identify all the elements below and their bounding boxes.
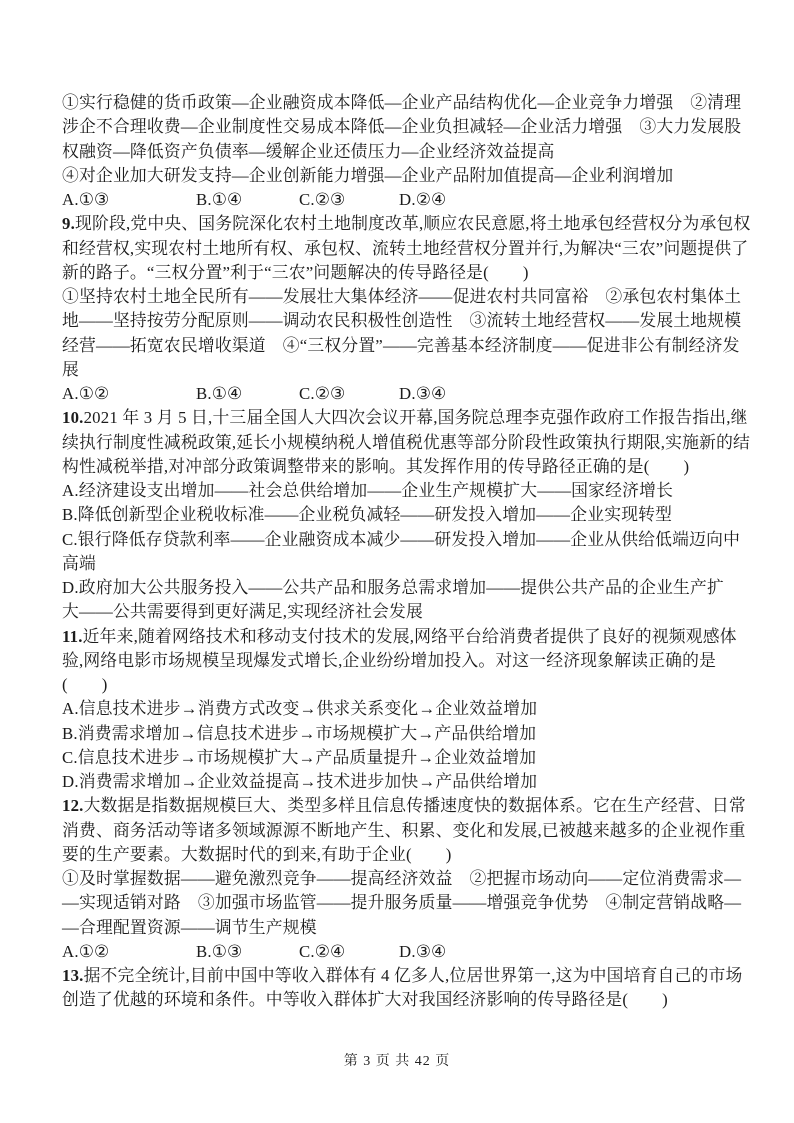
line-text: 近年来,随着网络技术和移动支付技术的发展,网络平台给消费者提供了良好的视频观感体 — [83, 627, 737, 646]
text-line: D.政府加大公共服务投入——公共产品和服务总需求增加——提供公共产品的企业生产扩 — [62, 576, 738, 600]
option-A: A.①② — [62, 940, 196, 964]
line-text: 和经营权,实现农村土地所有权、承包权、流转土地经营权分置并行,为解决“三农”问题… — [62, 239, 748, 258]
text-line: 构性减税举措,对冲部分政策调整带来的影响。其发挥作用的传导路径正确的是( ) — [62, 455, 738, 479]
line-text: 新的路子。“三权分置”利于“三农”问题解决的传导路径是( ) — [62, 263, 529, 282]
line-text: ①坚持农村土地全民所有——发展壮大集体经济——促进农村共同富裕 ②承包农村集体土 — [62, 287, 741, 306]
text-line: 展 — [62, 358, 738, 382]
text-line: 验,网络电影市场规模呈现爆发式增长,企业纷纷增加投入。对这一经济现象解读正确的是 — [62, 649, 738, 673]
text-line: C.银行降低存贷款利率——企业融资成本减少——研发投入增加——企业从供给低端迈向… — [62, 528, 738, 552]
line-text: D.政府加大公共服务投入——公共产品和服务总需求增加——提供公共产品的企业生产扩 — [62, 578, 724, 597]
question-number: 13. — [62, 966, 84, 985]
answer-options-row: A.①②B.①③C.②④D.③④ — [62, 940, 738, 964]
option-D: D.③④ — [399, 940, 446, 964]
option-C: C.②③ — [299, 188, 399, 212]
page-number-label: 第 3 页 共 42 页 — [344, 1054, 451, 1069]
answer-options-row: A.①③B.①④C.②③D.②④ — [62, 188, 738, 212]
text-line: 大——公共需要得到更好满足,实现经济社会发展 — [62, 600, 738, 624]
question-stem-line: 11.近年来,随着网络技术和移动支付技术的发展,网络平台给消费者提供了良好的视频… — [62, 625, 738, 649]
question-stem-line: 13.据不完全统计,目前中国中等收入群体有 4 亿多人,位居世界第一,这为中国培… — [62, 964, 738, 988]
option-B: B.①③ — [196, 940, 299, 964]
option-A: A.①③ — [62, 188, 196, 212]
text-line: ( ) — [62, 673, 738, 697]
line-text: 2021 年 3 月 5 日,十三届全国人大四次会议开幕,国务院总理李克强作政府… — [84, 408, 748, 427]
question-stem-line: 9.现阶段,党中央、国务院深化农村土地制度改革,顺应农民意愿,将土地承包经营权分… — [62, 212, 738, 236]
line-text: 现阶段,党中央、国务院深化农村土地制度改革,顺应农民意愿,将土地承包经营权分为承… — [75, 214, 750, 233]
line-text: B.消费需求增加→信息技术进步→市场规模扩大→产品供给增加 — [62, 724, 536, 743]
text-line: 消费、商务活动等诸多领域源源不断地产生、积累、变化和发展,已被越来越多的企业视作… — [62, 819, 738, 843]
text-line: B.消费需求增加→信息技术进步→市场规模扩大→产品供给增加 — [62, 722, 738, 746]
answer-options-row: A.①②B.①④C.②③D.③④ — [62, 382, 738, 406]
document-body: ①实行稳健的货币政策—企业融资成本降低—企业产品结构优化—企业竞争力增强 ②清理… — [62, 91, 738, 1013]
question-number: 9. — [62, 214, 75, 233]
line-text: —合理配置资源——调节生产规模 — [62, 918, 317, 937]
text-line: B.降低创新型企业税收标准——企业税负减轻——研发投入增加——企业实现转型 — [62, 503, 738, 527]
line-text: 续执行制度性减税政策,延长小规模纳税人增值税优惠等部分阶段性政策执行期限,实施新… — [62, 433, 750, 452]
line-text: 展 — [62, 360, 79, 379]
option-D: D.③④ — [399, 382, 446, 406]
line-text: 构性减税举措,对冲部分政策调整带来的影响。其发挥作用的传导路径正确的是( ) — [62, 457, 689, 476]
line-text: C.信息技术进步→市场规模扩大→产品质量提升→企业效益增加 — [62, 748, 536, 767]
line-text: ①及时掌握数据——避免激烈竞争——提高经济效益 ②把握市场动向——定位消费需求— — [62, 869, 741, 888]
text-line: 权融资—降低资产负债率—缓解企业还债压力—企业经济效益提高 — [62, 140, 738, 164]
option-D: D.②④ — [399, 188, 446, 212]
line-text: ①实行稳健的货币政策—企业融资成本降低—企业产品结构优化—企业竞争力增强 ②清理 — [62, 93, 741, 112]
line-text: D.消费需求增加→企业效益提高→技术进步加快→产品供给增加 — [62, 772, 537, 791]
exam-page: ①实行稳健的货币政策—企业融资成本降低—企业产品结构优化—企业竞争力增强 ②清理… — [0, 0, 794, 1123]
text-line: ①坚持农村土地全民所有——发展壮大集体经济——促进农村共同富裕 ②承包农村集体土 — [62, 285, 738, 309]
page-footer: 第 3 页 共 42 页 — [0, 1053, 794, 1071]
line-text: A.信息技术进步→消费方式改变→供求关系变化→企业效益增加 — [62, 699, 537, 718]
line-text: 权融资—降低资产负债率—缓解企业还债压力—企业经济效益提高 — [62, 142, 554, 161]
text-line: —合理配置资源——调节生产规模 — [62, 916, 738, 940]
question-number: 10. — [62, 408, 84, 427]
line-text: 大数据是指数据规模巨大、类型多样且信息传播速度快的数据体系。它在生产经营、日常 — [84, 796, 746, 815]
question-stem-line: 10.2021 年 3 月 5 日,十三届全国人大四次会议开幕,国务院总理李克强… — [62, 406, 738, 430]
text-line: A.信息技术进步→消费方式改变→供求关系变化→企业效益增加 — [62, 697, 738, 721]
line-text: 据不完全统计,目前中国中等收入群体有 4 亿多人,位居世界第一,这为中国培育自己… — [84, 966, 743, 985]
text-line: ①及时掌握数据——避免激烈竞争——提高经济效益 ②把握市场动向——定位消费需求— — [62, 867, 738, 891]
text-line: 高端 — [62, 552, 738, 576]
question-number: 11. — [62, 627, 83, 646]
line-text: ④对企业加大研发支持—企业创新能力增强—企业产品附加值提高—企业利润增加 — [62, 166, 673, 185]
text-line: 创造了优越的环境和条件。中等收入群体扩大对我国经济影响的传导路径是( ) — [62, 988, 738, 1012]
text-line: ①实行稳健的货币政策—企业融资成本降低—企业产品结构优化—企业竞争力增强 ②清理 — [62, 91, 738, 115]
option-C: C.②④ — [299, 940, 399, 964]
line-text: A.经济建设支出增加——社会总供给增加——企业生产规模扩大——国家经济增长 — [62, 481, 673, 500]
line-text: 要的生产要素。大数据时代的到来,有助于企业( ) — [62, 845, 452, 864]
line-text: ( ) — [62, 675, 108, 694]
line-text: B.降低创新型企业税收标准——企业税负减轻——研发投入增加——企业实现转型 — [62, 505, 672, 524]
text-line: 续执行制度性减税政策,延长小规模纳税人增值税优惠等部分阶段性政策执行期限,实施新… — [62, 431, 738, 455]
line-text: C.银行降低存贷款利率——企业融资成本减少——研发投入增加——企业从供给低端迈向… — [62, 530, 740, 549]
question-stem-line: 12.大数据是指数据规模巨大、类型多样且信息传播速度快的数据体系。它在生产经营、… — [62, 794, 738, 818]
question-number: 12. — [62, 796, 84, 815]
text-line: 和经营权,实现农村土地所有权、承包权、流转土地经营权分置并行,为解决“三农”问题… — [62, 237, 738, 261]
line-text: 大——公共需要得到更好满足,实现经济社会发展 — [62, 602, 423, 621]
text-line: —实现适销对路 ③加强市场监管——提升服务质量——增强竞争优势 ④制定营销战略— — [62, 891, 738, 915]
text-line: D.消费需求增加→企业效益提高→技术进步加快→产品供给增加 — [62, 770, 738, 794]
line-text: 地——坚持按劳分配原则——调动农民积极性创造性 ③流转土地经营权——发展土地规模 — [62, 311, 741, 330]
line-text: 涉企不合理收费—企业制度性交易成本降低—企业负担减轻—企业活力增强 ③大力发展股 — [62, 117, 741, 136]
text-line: 要的生产要素。大数据时代的到来,有助于企业( ) — [62, 843, 738, 867]
text-line: C.信息技术进步→市场规模扩大→产品质量提升→企业效益增加 — [62, 746, 738, 770]
option-A: A.①② — [62, 382, 196, 406]
text-line: 涉企不合理收费—企业制度性交易成本降低—企业负担减轻—企业活力增强 ③大力发展股 — [62, 115, 738, 139]
option-C: C.②③ — [299, 382, 399, 406]
line-text: 经营——拓宽农民增收渠道 ④“三权分置”——完善基本经济制度——促进非公有制经济… — [62, 336, 740, 355]
text-line: 经营——拓宽农民增收渠道 ④“三权分置”——完善基本经济制度——促进非公有制经济… — [62, 334, 738, 358]
text-line: 新的路子。“三权分置”利于“三农”问题解决的传导路径是( ) — [62, 261, 738, 285]
line-text: 创造了优越的环境和条件。中等收入群体扩大对我国经济影响的传导路径是( ) — [62, 990, 668, 1009]
text-line: ④对企业加大研发支持—企业创新能力增强—企业产品附加值提高—企业利润增加 — [62, 164, 738, 188]
line-text: 消费、商务活动等诸多领域源源不断地产生、积累、变化和发展,已被越来越多的企业视作… — [62, 821, 746, 840]
option-B: B.①④ — [196, 188, 299, 212]
line-text: —实现适销对路 ③加强市场监管——提升服务质量——增强竞争优势 ④制定营销战略— — [62, 893, 741, 912]
line-text: 验,网络电影市场规模呈现爆发式增长,企业纷纷增加投入。对这一经济现象解读正确的是 — [62, 651, 716, 670]
option-B: B.①④ — [196, 382, 299, 406]
text-line: A.经济建设支出增加——社会总供给增加——企业生产规模扩大——国家经济增长 — [62, 479, 738, 503]
line-text: 高端 — [62, 554, 96, 573]
text-line: 地——坚持按劳分配原则——调动农民积极性创造性 ③流转土地经营权——发展土地规模 — [62, 309, 738, 333]
